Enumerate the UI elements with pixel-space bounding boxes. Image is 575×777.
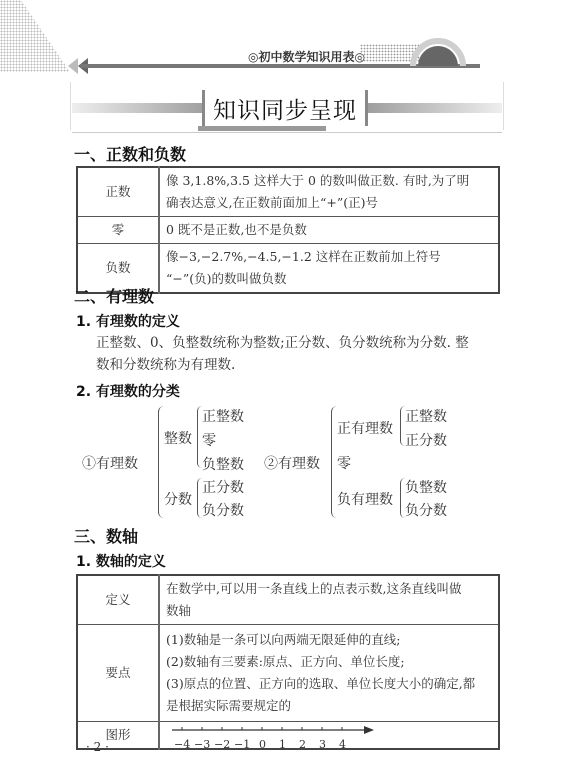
arrow-left-icon bbox=[68, 58, 78, 74]
divider bbox=[503, 82, 504, 130]
tree-node: 整数 bbox=[164, 428, 192, 448]
tree-leaf: 负分数 bbox=[202, 500, 244, 520]
content-line: (2)数轴有三要素:原点、正方向、单位长度; bbox=[166, 651, 492, 673]
tree-leaf: 零 bbox=[202, 430, 216, 450]
section-heading: 一、正数和负数 bbox=[74, 142, 186, 165]
subsection-heading: 2. 有理数的分类 bbox=[76, 381, 180, 401]
tick-label: 2 bbox=[299, 734, 306, 756]
row-content: 0 既不是正数,也不是负数 bbox=[159, 217, 499, 244]
table-row: 定义 在数学中,可以用一条直线上的点表示数,这条直线叫做 数轴 bbox=[77, 575, 499, 625]
tree-leaf: 正整数 bbox=[405, 406, 447, 426]
tick-label: 0 bbox=[259, 734, 266, 756]
content-line: 像 3,1.8%,3.5 这样大于 0 的数叫做正数. 有时,为了明 bbox=[166, 170, 492, 192]
subsection-heading: 1. 有理数的定义 bbox=[76, 311, 180, 331]
page-number: · 2 · bbox=[86, 740, 109, 754]
tree-leaf: 正整数 bbox=[202, 406, 244, 426]
content-line: 像−3,−2.7%,−4.5,−1.2 这样在正数前加上符号 bbox=[166, 246, 492, 268]
content-line: (3)原点的位置、正方向的选取、单位长度大小的确定,都 bbox=[166, 673, 492, 695]
banner-title: 知识同步呈现 bbox=[213, 92, 357, 125]
subsection-heading: 1. 数轴的定义 bbox=[76, 551, 166, 571]
content-line: 在数学中,可以用一条直线上的点表示数,这条直线叫做 bbox=[166, 578, 492, 600]
row-label: 零 bbox=[77, 217, 159, 244]
tree-node: 正有理数 bbox=[337, 418, 393, 438]
section-heading: 三、数轴 bbox=[74, 524, 138, 547]
number-line-table: 定义 在数学中,可以用一条直线上的点表示数,这条直线叫做 数轴 要点 (1)数轴… bbox=[76, 574, 500, 750]
section-heading: 二、有理数 bbox=[74, 284, 154, 307]
series-title: ◎初中数学知识用表◎ bbox=[248, 48, 365, 65]
banner: 知识同步呈现 bbox=[202, 90, 368, 126]
tree-leaf: 负整数 bbox=[405, 477, 447, 497]
tree-leaf: 正分数 bbox=[202, 477, 244, 497]
content-line: 是根据实际需要规定的 bbox=[166, 695, 492, 717]
content-line: “−”(负)的数叫做负数 bbox=[166, 268, 492, 290]
tree-node: 零 bbox=[337, 453, 351, 473]
row-content: 像 3,1.8%,3.5 这样大于 0 的数叫做正数. 有时,为了明 确表达意义… bbox=[159, 167, 499, 217]
tree-root: ①有理数 bbox=[82, 453, 138, 473]
row-content: 在数学中,可以用一条直线上的点表示数,这条直线叫做 数轴 bbox=[159, 575, 499, 625]
tree-leaf: 负分数 bbox=[405, 500, 447, 520]
banner-underline bbox=[198, 126, 326, 131]
paragraph-line: 数和分数统称为有理数. bbox=[96, 354, 506, 376]
tree-leaf: 负整数 bbox=[202, 454, 244, 474]
row-label: 定义 bbox=[77, 575, 159, 625]
content-line: 0 既不是正数,也不是负数 bbox=[166, 219, 492, 241]
table-row: 图形 −4 −3 −2 −1 0 1 2 bbox=[77, 722, 499, 750]
definition-paragraph: 正整数、0、负整数统称为整数;正分数、负分数统称为分数. 整 数和分数统称为有理… bbox=[96, 332, 506, 376]
tick-label: −1 bbox=[234, 734, 250, 756]
tick-label: −3 bbox=[194, 734, 210, 756]
tick-label: 4 bbox=[339, 734, 346, 756]
tick-label: −2 bbox=[214, 734, 230, 756]
divider bbox=[72, 132, 502, 133]
tree-root: ②有理数 bbox=[264, 453, 320, 473]
positive-negative-table: 正数 像 3,1.8%,3.5 这样大于 0 的数叫做正数. 有时,为了明 确表… bbox=[76, 166, 500, 294]
row-content: −4 −3 −2 −1 0 1 2 3 4 bbox=[159, 722, 499, 750]
content-line: (1)数轴是一条可以向两端无限延伸的直线; bbox=[166, 629, 492, 651]
row-content: 像−3,−2.7%,−4.5,−1.2 这样在正数前加上符号 “−”(负)的数叫… bbox=[159, 244, 499, 294]
tick-label: 1 bbox=[279, 734, 286, 756]
row-label: 要点 bbox=[77, 625, 159, 722]
table-row: 要点 (1)数轴是一条可以向两端无限延伸的直线; (2)数轴有三要素:原点、正方… bbox=[77, 625, 499, 722]
tick-label: −4 bbox=[174, 734, 190, 756]
table-row: 零 0 既不是正数,也不是负数 bbox=[77, 217, 499, 244]
row-label: 正数 bbox=[77, 167, 159, 217]
content-line: 确表达意义,在正数前面加上“+”(正)号 bbox=[166, 192, 492, 214]
paragraph-line: 正整数、0、负整数统称为整数;正分数、负分数统称为分数. 整 bbox=[96, 332, 506, 354]
tree-node: 负有理数 bbox=[337, 489, 393, 509]
tree-leaf: 正分数 bbox=[405, 430, 447, 450]
row-content: (1)数轴是一条可以向两端无限延伸的直线; (2)数轴有三要素:原点、正方向、单… bbox=[159, 625, 499, 722]
table-row: 正数 像 3,1.8%,3.5 这样大于 0 的数叫做正数. 有时,为了明 确表… bbox=[77, 167, 499, 217]
content-line: 数轴 bbox=[166, 600, 492, 622]
tick-label: 3 bbox=[319, 734, 326, 756]
divider bbox=[70, 82, 71, 130]
dot-pattern-decoration bbox=[0, 0, 70, 72]
tree-node: 分数 bbox=[164, 489, 192, 509]
